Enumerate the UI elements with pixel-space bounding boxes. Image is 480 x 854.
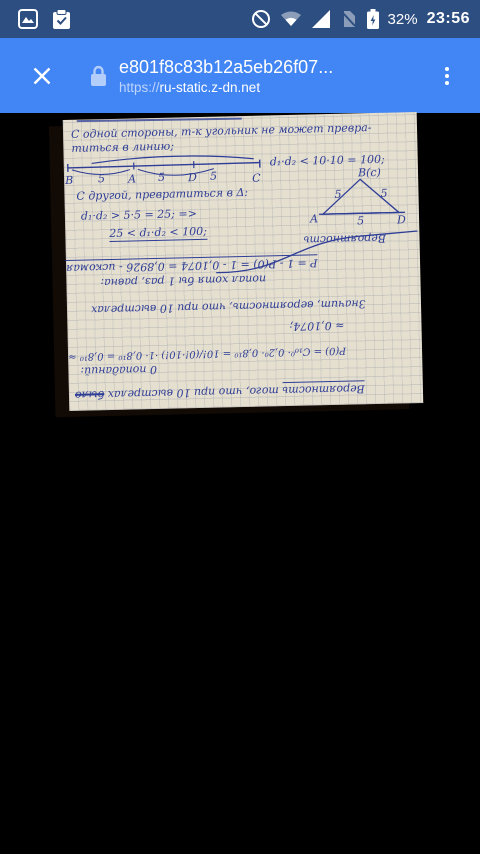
status-time: 23:56 [427,10,470,28]
flipped-line-rest: того, что при 10 выстрелах [104,384,282,401]
flipped-crossed-word: было [75,388,105,402]
overflow-menu-button[interactable] [432,56,462,96]
svg-text:5: 5 [380,187,387,200]
wifi-icon [280,10,302,28]
no-sim-icon [340,9,358,29]
image-notification-icon [18,9,38,29]
image-viewer: С одной стороны, т-к угольник не может п… [0,113,480,854]
page-url: https://ru-static.z-dn.net [119,79,432,97]
inequality-lower: d₁·d₂ > 5·5 = 25; => [81,207,197,223]
browser-toolbar: e801f8c83b12a5eb26f07... https://ru-stat… [0,38,480,113]
cell-signal-icon [311,10,331,28]
svg-text:A: A [309,212,318,225]
battery-charging-icon [367,9,379,29]
page-title: e801f8c83b12a5eb26f07... [119,55,432,79]
clipboard-check-icon [52,9,71,30]
url-host: ru-static.z-dn.net [160,80,261,95]
flipped-underlined-word: Вероятность [282,380,365,397]
close-icon [33,67,51,85]
handwritten-line: С одной стороны, т-к угольник не может п… [71,121,372,141]
battery-percent: 32% [388,11,418,28]
svg-text:B(c): B(c) [357,166,381,179]
svg-text:5: 5 [210,170,217,183]
flipped-word: Вероятность [303,232,386,247]
flipped-line: Вероятность того, что при 10 выстрелах б… [75,382,365,402]
triangle-diagram: B(c) 5 5 A D 5 [308,166,413,226]
inequality-upper: d₁·d₂ < 10·10 = 100; [270,153,385,169]
cutoff-top-line [77,118,242,123]
flipped-formula: P(0) = C₁₀⁰· 0,2⁰· 0,8¹⁰ = 10!/(0!·10!) … [68,344,346,363]
flipped-line: 0 попаданий: [80,363,157,378]
svg-text:D: D [187,171,197,184]
handwritten-line: титься в линию; [71,140,174,155]
flipped-line: ≈ 0,1074; [289,319,344,333]
notebook-photo[interactable]: С одной стороны, т-к угольник не может п… [63,112,424,411]
lock-icon[interactable] [90,65,107,87]
svg-text:B: B [64,174,73,187]
page-title-block: e801f8c83b12a5eb26f07... https://ru-stat… [119,55,432,97]
svg-text:A: A [127,172,136,185]
svg-text:5: 5 [158,171,165,184]
url-scheme: https:// [119,80,160,95]
svg-text:5: 5 [98,172,105,185]
segment-diagram: B A D C 5 5 5 [64,152,265,191]
status-bar: 32% 23:56 [0,0,480,38]
flipped-line: Значит, вероятность, что при 10 выстрела… [91,297,366,316]
flipped-line: попал хотя бы 1 раз, равна: [100,272,266,289]
phone-screen: 32% 23:56 e801f8c83b12a5eb26f07... https… [0,0,480,854]
svg-text:C: C [252,172,261,185]
svg-text:5: 5 [334,188,341,201]
handwritten-line: С другой, превратиться в Δ: [76,186,248,203]
interruptions-blocked-icon [251,9,271,29]
close-button[interactable] [22,56,62,96]
